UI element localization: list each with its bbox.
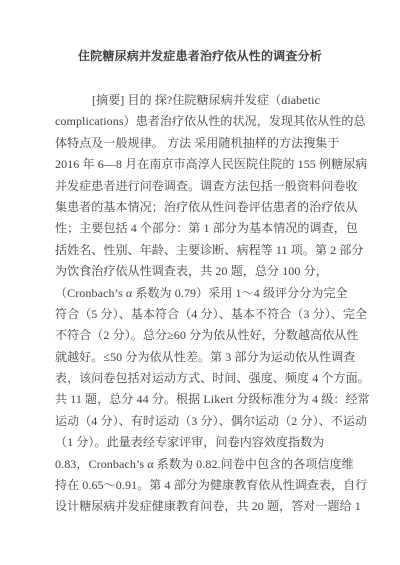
abstract-line: 为饮食治疗依从性调查表，共 20 题，总分 100 分， (55, 261, 373, 282)
abstract-line: 符合（5 分）、基本符合（4 分）、基本不符合（3 分）、完全 (55, 304, 373, 325)
abstract-line: 括姓名、性别、年龄、主要诊断、病程等 11 项。第 2 部分 (55, 240, 373, 261)
abstract-paragraph: [摘要] 目的 探?住院糖尿病并发症（diabeticcomplications… (55, 90, 373, 518)
abstract-line: [摘要] 目的 探?住院糖尿病并发症（diabetic (55, 90, 373, 111)
abstract-line: 不符合（2 分）。总分≥60 分为依从性好，分数越高依从性 (55, 325, 373, 346)
page-title: 住院糖尿病并发症患者治疗依从性的调查分析 (0, 46, 400, 67)
abstract-line: 集患者的基本情况；治疗依从性问卷评估患者的治疗依从 (55, 197, 373, 218)
abstract-line: 持在 0.65～0.91。第 4 部分为健康教育依从性调查表，自行 (55, 475, 373, 496)
abstract-line: 共 11 题，总分 44 分。根据 Likert 分级标准分为 4 级：经常 (55, 389, 373, 410)
abstract-line: （1 分）。此量表经专家评审，问卷内容效度指数为 (55, 432, 373, 453)
abstract-line: 0.83，Cronbach’s α 系数为 0.82.问卷中包含的各项信度维 (55, 454, 373, 475)
abstract-line: complications）患者治疗依从性的状况，发现其依从性的总 (55, 111, 373, 132)
abstract-line: 2016 年 6—8 月在南京市高淳人民医院住院的 155 例糖尿病 (55, 154, 373, 175)
abstract-line: 运动（4 分）、有时运动（3 分）、偶尔运动（2 分）、不运动 (55, 411, 373, 432)
abstract-line: 表，该问卷包括对运动方式、时间、强度、频度 4 个方面。 (55, 368, 373, 389)
abstract-line: 设计糖尿病并发症健康教育问卷，共 20 题，答对一题给 1 (55, 496, 373, 517)
abstract-line: 体特点及一般规律。 方法 采用随机抽样的方法搜集于 (55, 133, 373, 154)
document-page: 住院糖尿病并发症患者治疗依从性的调查分析 [摘要] 目的 探?住院糖尿病并发症（… (0, 0, 400, 565)
abstract-line: （Cronbach’s α 系数为 0.79）采用 1～4 级评分分为完全 (55, 283, 373, 304)
abstract-line: 就越好。≤50 分为依从性差。第 3 部分为运动依从性调查 (55, 347, 373, 368)
abstract-line: 并发症患者进行问卷调查。调查方法包括一般资料问卷收 (55, 176, 373, 197)
abstract-line: 性；主要包括 4 个部分：第 1 部分为基本情况的调查，包 (55, 218, 373, 239)
